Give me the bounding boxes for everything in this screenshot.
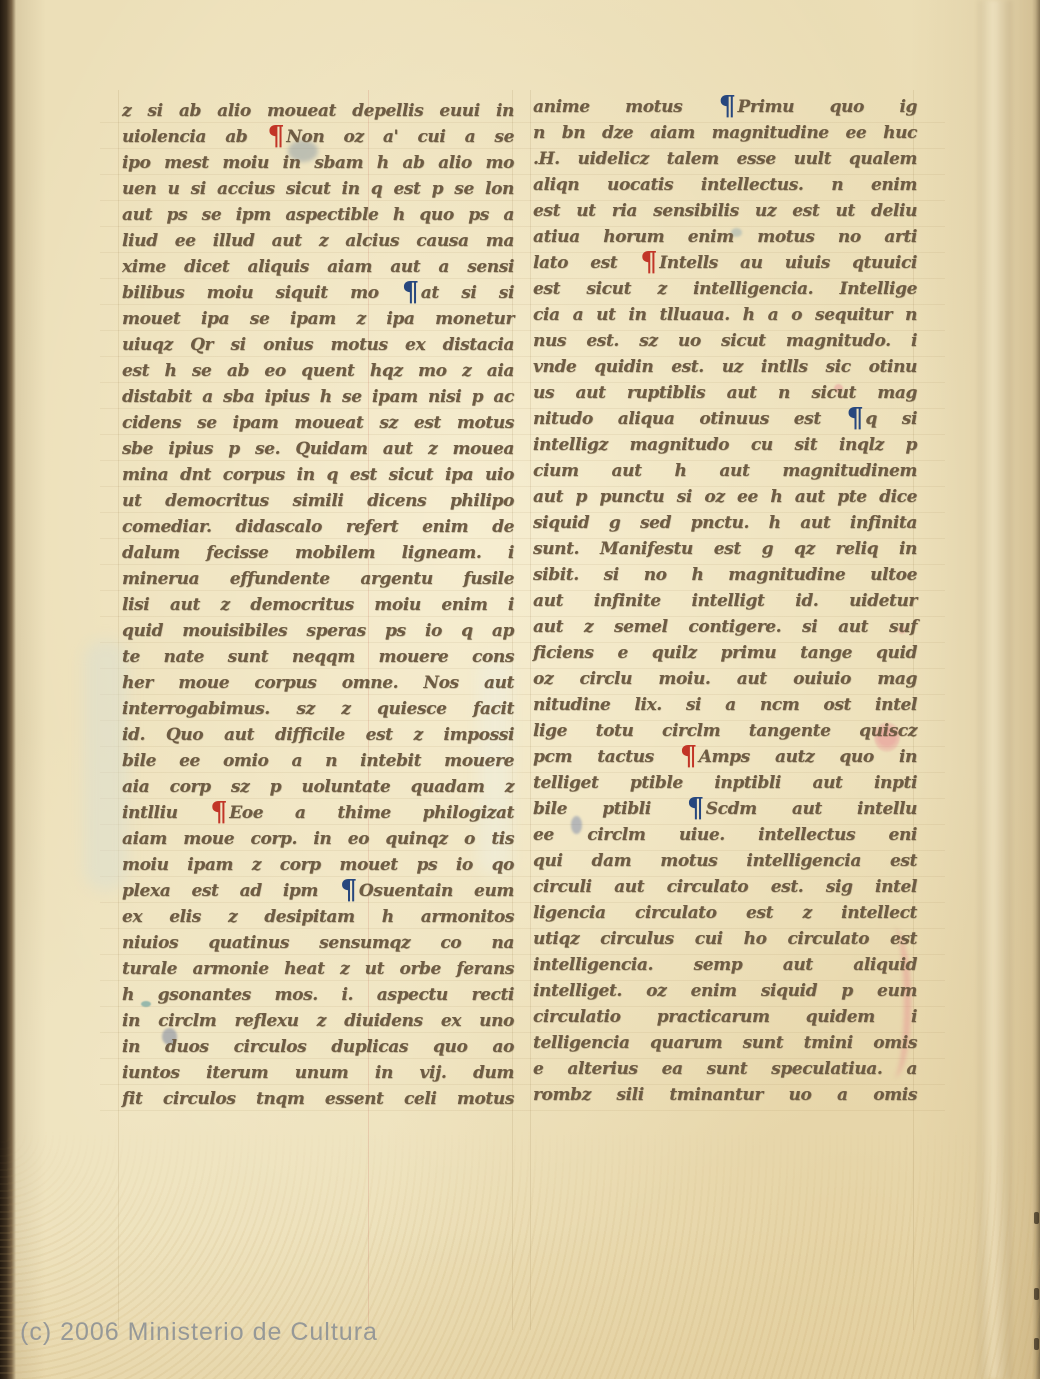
- manuscript-line: aut p punctu si oz ee h aut pte dice: [533, 484, 917, 510]
- manuscript-line: rombz sili tminantur uo a omis: [533, 1082, 917, 1108]
- manuscript-line: turale armonie heat z ut orbe ferans: [122, 956, 514, 982]
- manuscript-page-scan: z si ab alio moueat depellis euui inuiol…: [0, 0, 1040, 1379]
- manuscript-line: est sicut z intelligencia. Intellige: [533, 276, 917, 302]
- manuscript-line: atiua horum enim motus no arti: [533, 224, 917, 250]
- manuscript-line: telligencia quarum sunt tmini omis: [533, 1030, 917, 1056]
- manuscript-line: lige totu circlm tangente quiscz: [533, 718, 917, 744]
- manuscript-line: in circlm reflexu z diuidens ex uno: [122, 1008, 514, 1034]
- manuscript-line: lisi aut z democritus moiu enim i: [122, 592, 514, 618]
- manuscript-line: aut ps se ipm aspectible h quo ps a: [122, 202, 514, 228]
- manuscript-line: intelliget. oz enim siquid p eum: [533, 978, 917, 1004]
- manuscript-line: in duos circulos duplicas quo ao: [122, 1034, 514, 1060]
- manuscript-line: iuntos iterum unum in vij. dum: [122, 1060, 514, 1086]
- binding-stitch: [1034, 1338, 1039, 1350]
- text-column-left: z si ab alio moueat depellis euui inuiol…: [122, 98, 514, 1112]
- manuscript-line: niuios quatinus sensumqz co na: [122, 930, 514, 956]
- manuscript-line: intelligz magnitudo cu sit inqlz p: [533, 432, 917, 458]
- manuscript-line: lato est ¶Intells au uiuis qtuuici: [533, 250, 917, 276]
- manuscript-line: xime dicet aliquis aiam aut a sensi: [122, 254, 514, 280]
- manuscript-line: mina dnt corpus in q est sicut ipa uio: [122, 462, 514, 488]
- manuscript-line: comediar. didascalo refert enim de: [122, 514, 514, 540]
- manuscript-line: ee circlm uiue. intellectus eni: [533, 822, 917, 848]
- manuscript-line: te nate sunt neqqm mouere cons: [122, 644, 514, 670]
- binding-stitch: [1034, 1288, 1039, 1300]
- manuscript-line: pcm tactus ¶Amps autz quo in: [533, 744, 917, 770]
- manuscript-line: z si ab alio moueat depellis euui in: [122, 98, 514, 124]
- manuscript-line: mouet ipa se ipam z ipa monetur: [122, 306, 514, 332]
- manuscript-line: aia corp sz p uoluntate quadam z: [122, 774, 514, 800]
- manuscript-line: utiqz circulus cui ho circulato est: [533, 926, 917, 952]
- manuscript-line: est h se ab eo quent hqz mo z aia: [122, 358, 514, 384]
- manuscript-line: n bn dze aiam magnitudine ee huc: [533, 120, 917, 146]
- manuscript-line: siquid g sed pnctu. h aut infinita: [533, 510, 917, 536]
- manuscript-line: telliget ptible inptibli aut inpti: [533, 770, 917, 796]
- manuscript-line: bilibus moiu siquit mo ¶at si si: [122, 280, 514, 306]
- manuscript-line: aut z semel contigere. si aut suf: [533, 614, 917, 640]
- ruling-line: [118, 90, 119, 1330]
- manuscript-line: cidens se ipam moueat sz est motus: [122, 410, 514, 436]
- manuscript-line: her moue corpus omne. Nos aut: [122, 670, 514, 696]
- manuscript-line: circuli aut circulato est. sig intel: [533, 874, 917, 900]
- manuscript-line: bile ptibli ¶Scdm aut intellu: [533, 796, 917, 822]
- manuscript-line: plexa est ad ipm ¶Osuentain eum: [122, 878, 514, 904]
- binding-stitch: [1034, 1212, 1039, 1224]
- manuscript-line: e alterius ea sunt speculatiua. a: [533, 1056, 917, 1082]
- manuscript-line: circulatio practicarum quidem i: [533, 1004, 917, 1030]
- manuscript-line: aut infinite intelligt id. uidetur: [533, 588, 917, 614]
- manuscript-line: aiam moue corp. in eo quinqz o tis: [122, 826, 514, 852]
- manuscript-line: intlliu ¶Eoe a thime philogizat: [122, 800, 514, 826]
- manuscript-line: vnde quidin est. uz intlls sic otinu: [533, 354, 917, 380]
- manuscript-line: nitudine lix. si a ncm ost intel: [533, 692, 917, 718]
- manuscript-line: sunt. Manifestu est g qz reliq in: [533, 536, 917, 562]
- manuscript-line: liud ee illud aut z alcius causa ma: [122, 228, 514, 254]
- manuscript-line: bile ee omio a n intebit mouere: [122, 748, 514, 774]
- manuscript-line: ficiens e quilz primu tange quid: [533, 640, 917, 666]
- manuscript-line: fit circulos tnqm essent celi motus: [122, 1086, 514, 1112]
- manuscript-line: uiolencia ab ¶Non oz a' cui a se: [122, 124, 514, 150]
- manuscript-line: ex elis z desipitam h armonitos: [122, 904, 514, 930]
- copyright-watermark: (c) 2006 Ministerio de Cultura: [20, 1318, 378, 1347]
- manuscript-line: .H. uidelicz talem esse uult qualem: [533, 146, 917, 172]
- text-column-right: anime motus ¶Primu quo ign bn dze aiam m…: [533, 94, 917, 1108]
- manuscript-line: moiu ipam z corp mouet ps io qo: [122, 852, 514, 878]
- manuscript-line: sbe ipius p se. Quidam aut z mouea: [122, 436, 514, 462]
- manuscript-line: h gsonantes mos. i. aspectu recti: [122, 982, 514, 1008]
- manuscript-line: ligencia circulato est z intellect: [533, 900, 917, 926]
- manuscript-line: nitudo aliqua otinuus est ¶q si: [533, 406, 917, 432]
- manuscript-line: uen u si accius sicut in q est p se lon: [122, 176, 514, 202]
- manuscript-line: cia a ut in tlluaua. h a o sequitur n: [533, 302, 917, 328]
- manuscript-line: id. Quo aut difficile est z impossi: [122, 722, 514, 748]
- manuscript-line: aliqn uocatis intellectus. n enim: [533, 172, 917, 198]
- manuscript-line: cium aut h aut magnitudinem: [533, 458, 917, 484]
- manuscript-line: uiuqz Qr si onius motus ex distacia: [122, 332, 514, 358]
- manuscript-line: anime motus ¶Primu quo ig: [533, 94, 917, 120]
- manuscript-line: minerua effundente argentu fusile: [122, 566, 514, 592]
- manuscript-line: intelligencia. semp aut aliquid: [533, 952, 917, 978]
- ruling-line: [530, 90, 531, 1330]
- manuscript-line: est ut ria sensibilis uz est ut deliu: [533, 198, 917, 224]
- manuscript-line: distabit a sba ipius h se ipam nisi p ac: [122, 384, 514, 410]
- manuscript-line: ipo mest moiu in sbam h ab alio mo: [122, 150, 514, 176]
- manuscript-line: nus est. sz uo sicut magnitudo. i: [533, 328, 917, 354]
- manuscript-line: interrogabimus. sz z quiesce facit: [122, 696, 514, 722]
- manuscript-line: qui dam motus intelligencia est: [533, 848, 917, 874]
- manuscript-line: oz circlu moiu. aut ouiuio mag: [533, 666, 917, 692]
- manuscript-line: dalum fecisse mobilem ligneam. i: [122, 540, 514, 566]
- manuscript-line: sibit. si no h magnitudine ultoe: [533, 562, 917, 588]
- manuscript-line: ut democritus simili dicens philipo: [122, 488, 514, 514]
- manuscript-line: quid mouisibiles speras ps io q ap: [122, 618, 514, 644]
